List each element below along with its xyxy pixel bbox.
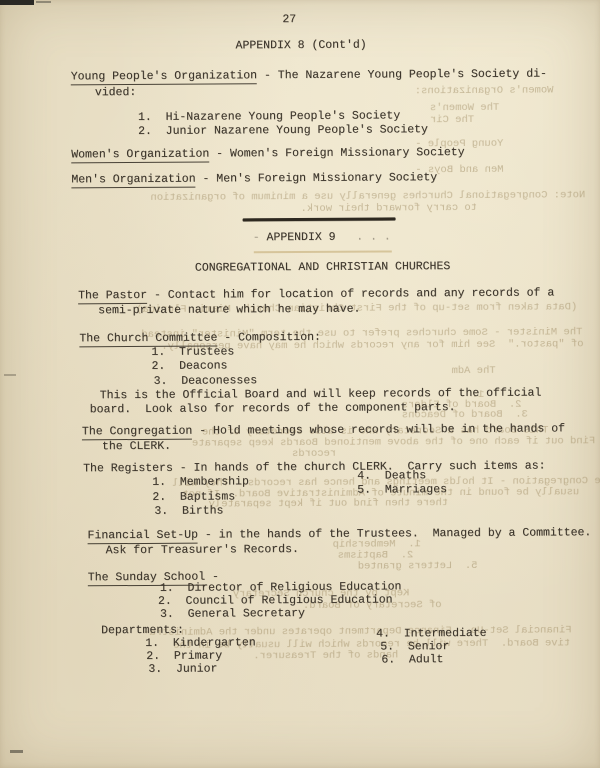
departments-label: Departments: [101, 624, 184, 638]
doc-text: 4. Deaths [357, 469, 426, 482]
appendix-9-title: CONGREGATIONAL AND CHRISTIAN CHURCHES [195, 260, 450, 275]
committee-note-1: This is the Official Board and will keep… [100, 387, 542, 403]
list-item: 1. Membership [152, 475, 249, 489]
list-item: 1. Trustees [151, 345, 234, 359]
bleedthrough-text: Find out if each one of the above mentio… [192, 435, 595, 449]
young-peoples-organization-wrap: vided: [95, 86, 137, 99]
young-peoples-organization-line: Young People's Organization - The Nazare… [71, 67, 547, 83]
bleedthrough-text: The Adm [451, 365, 495, 377]
doc-text: semi-private nature which he may have. [98, 303, 360, 318]
bleedthrough-text: The Women's [430, 102, 499, 114]
doc-heading-underlined: The Congregation [82, 425, 193, 440]
doc-text: the CLERK. [102, 440, 171, 453]
doc-text: CONGREGATIONAL AND CHRISTIAN CHURCHES [195, 260, 450, 275]
doc-text: APPENDIX 8 (Cont'd) [236, 39, 367, 53]
list-item: 3. Births [154, 504, 223, 517]
doc-text: Ask for Treasurer's Records. [106, 543, 299, 557]
bleedthrough-layer: Women's Organizations:The Women'sThe Cir… [0, 0, 599, 2]
bleedthrough-text: The Cir [430, 114, 474, 126]
registers-line: The Registers - In hands of the church C… [83, 460, 545, 476]
doc-text: vided: [95, 86, 137, 99]
appendix-9-heading: - APPENDIX 9 . . . [253, 230, 391, 244]
congregation-wrap: the CLERK. [102, 440, 171, 453]
doc-text: - The Nazarene Young People's Society di… [257, 67, 547, 82]
doc-text: 4. Intermediate [376, 627, 486, 641]
doc-text: 1. Kindergarten [145, 636, 255, 650]
doc-text: Departments: [101, 624, 184, 638]
doc-text: - [253, 231, 267, 244]
list-item: 2. Baptisms [152, 490, 235, 504]
church-committee-line: The Church Committee - Composition: [79, 331, 321, 345]
doc-text: - Women's Foreign Missionary Society [209, 146, 464, 161]
list-item: 6. Adult [381, 653, 443, 666]
list-item: 1. Hi-Nazarene Young People's Society [138, 109, 400, 124]
doc-heading-underlined: Women's Organization [71, 148, 209, 163]
doc-text: The Registers - In hands of the church C… [83, 460, 545, 476]
doc-text: 2. Deacons [151, 359, 227, 372]
financial-setup-wrap: Ask for Treasurer's Records. [106, 543, 299, 557]
list-item: 2. Deacons [151, 359, 227, 372]
womens-organization-line: Women's Organization - Women's Foreign M… [71, 146, 464, 161]
doc-heading-underlined: Financial Set-Up [87, 529, 198, 544]
doc-text: 1. Hi-Nazarene Young People's Society [138, 109, 400, 124]
doc-text: 2. Baptisms [152, 490, 235, 504]
list-item: 3. General Secretary [160, 607, 305, 621]
doc-text: 6. Adult [381, 653, 443, 666]
appendix-divider-rule [243, 217, 396, 220]
doc-text: 1. Trustees [151, 345, 234, 359]
doc-text: - in the hands of the Trustees. Managed … [198, 526, 591, 541]
committee-note-2: board. Look also for records of the comp… [90, 401, 456, 416]
doc-text: - Composition: [217, 331, 321, 345]
page-number: 27 [282, 13, 296, 26]
doc-text: 3. Deaconesses [154, 374, 258, 388]
doc-text: - Hold meetings whose records will be in… [192, 422, 565, 437]
doc-text: 27 [282, 13, 296, 26]
appendix9-faint-underline [254, 250, 392, 252]
doc-heading-underlined: Men's Organization [71, 173, 195, 188]
appendix-8-heading: APPENDIX 8 (Cont'd) [236, 39, 367, 53]
doc-text: 2. Primary [146, 649, 222, 662]
doc-heading-underlined: The Church Committee [79, 332, 217, 347]
list-item: 5. Marriages [357, 483, 447, 497]
doc-heading-underlined: The Pastor [78, 289, 147, 304]
mens-organization-line: Men's Organization - Men's Foreign Missi… [71, 171, 437, 186]
document-tilt-wrapper: Women's Organizations:The Women'sThe Cir… [0, 0, 600, 768]
doc-text: 2. Junior Nazarene Young People's Societ… [138, 123, 428, 138]
the-pastor-wrap: semi-private nature which he may have. [98, 303, 360, 318]
doc-text: 3. General Secretary [160, 607, 305, 621]
the-pastor-line: The Pastor - Contact him for location of… [78, 286, 554, 302]
list-item: 2. Primary [146, 649, 222, 662]
bleedthrough-text: to carry forward their work. [301, 202, 478, 215]
list-item: 2. Junior Nazarene Young People's Societ… [138, 123, 428, 138]
bleedthrough-text: 5. Letters granted [358, 560, 478, 573]
bleedthrough-text: records [292, 448, 336, 460]
list-item: 2. Council of Religious Education [158, 593, 393, 607]
doc-text: board. Look also for records of the comp… [90, 401, 456, 416]
list-item: 3. Deaconesses [154, 374, 258, 388]
bleedthrough-text: there then find out if kept separately. [202, 497, 448, 511]
doc-text: - Men's Foreign Missionary Society [196, 171, 438, 185]
doc-text: 3. Junior [148, 663, 217, 676]
doc-heading-underlined: Young People's Organization [71, 69, 257, 85]
bleedthrough-text: Women's Organizations: [415, 84, 554, 97]
bleedthrough-text: hands of the Treasurer. [253, 649, 398, 662]
document-content: 27APPENDIX 8 (Cont'd)Young People's Orga… [0, 0, 599, 2]
scanned-document-page: Women's Organizations:The Women'sThe Cir… [0, 0, 600, 768]
list-item: 5. Senior [380, 640, 449, 653]
list-item: 3. Junior [148, 663, 217, 676]
doc-text: 5. Senior [380, 640, 449, 653]
financial-setup-line: Financial Set-Up - in the hands of the T… [87, 526, 591, 542]
doc-text: This is the Official Board and will keep… [100, 387, 542, 403]
doc-text: . . . [336, 230, 391, 243]
doc-text: 1. Membership [152, 475, 249, 489]
doc-text: 2. Council of Religious Education [158, 593, 393, 607]
list-item: 4. Intermediate [376, 627, 486, 641]
doc-text: 3. Births [154, 504, 223, 517]
doc-text: 5. Marriages [357, 483, 447, 497]
doc-text: - Contact him for location of records an… [147, 286, 554, 301]
doc-text: APPENDIX 9 [266, 231, 335, 244]
list-item: 1. Kindergarten [145, 636, 255, 650]
list-item: 4. Deaths [357, 469, 426, 482]
